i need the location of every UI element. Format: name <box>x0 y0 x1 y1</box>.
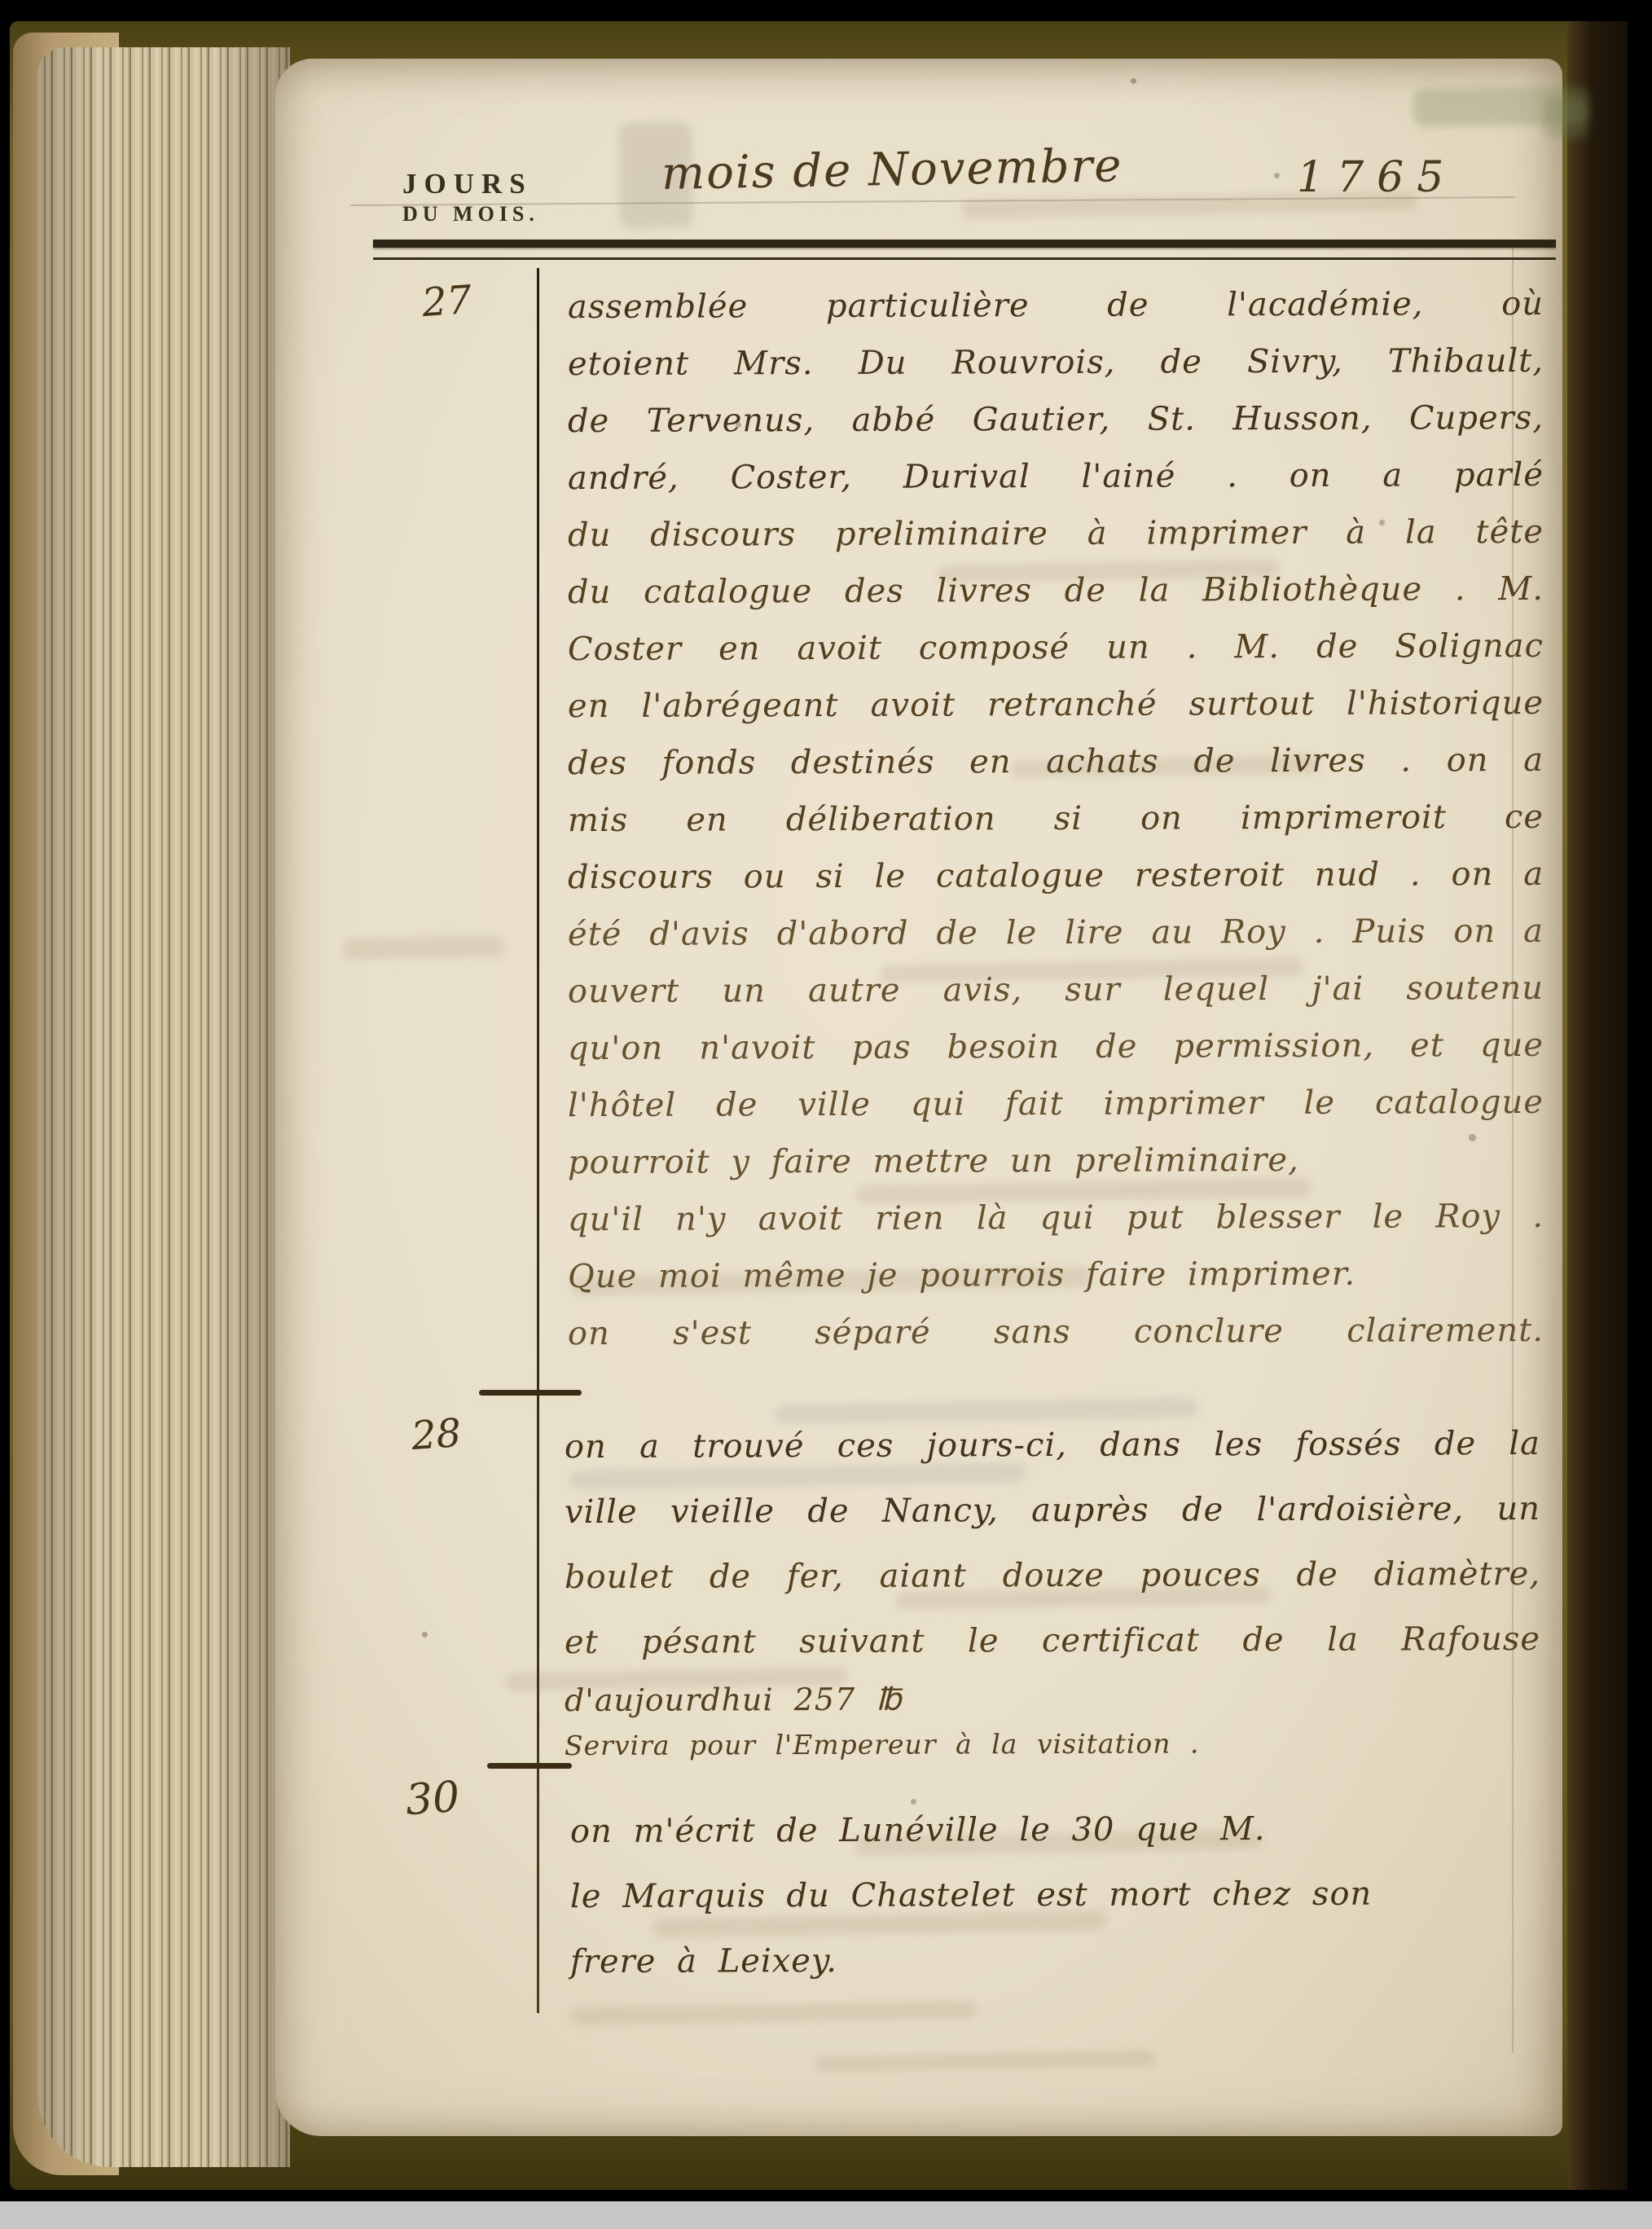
manuscript-line: en l'abrégeant avoit retranché surtout l… <box>568 675 1544 735</box>
manuscript-line: d'aujourdhui 257 ℔ <box>565 1672 1540 1726</box>
day-number-27: 27 <box>420 277 473 326</box>
manuscript-line: Servira pour l'Empereur à la visitation … <box>565 1722 1540 1766</box>
manuscript-line: on s'est séparé sans conclure clairement… <box>568 1302 1544 1362</box>
margin-vertical-rule <box>537 268 539 2013</box>
manuscript-line: qu'il n'y avoit rien là qui put blesser … <box>568 1188 1544 1248</box>
day-number-28: 28 <box>410 1410 463 1459</box>
manuscript-line: pourroit y faire mettre un preliminaire, <box>568 1131 1544 1191</box>
paper-specks <box>0 0 2 2</box>
journal-entry-30: on m'écrit de Lunéville le 30 que M. le … <box>570 1797 1546 1993</box>
manuscript-line: andré, Coster, Durival l'ainé . on a par… <box>568 446 1544 507</box>
journal-entry-27: assemblée particulière de l'académie, où… <box>568 277 1544 1361</box>
printed-header-line1: JOURS <box>402 168 539 200</box>
manuscript-line: on m'écrit de Lunéville le 30 que M. <box>570 1796 1546 1864</box>
day-number-30: 30 <box>404 1773 461 1825</box>
page-stack-shadow <box>37 47 290 2167</box>
handwritten-month-title: mois de Novembre <box>661 139 1123 200</box>
manuscript-line: ouvert un autre avis, sur lequel j'ai so… <box>568 960 1544 1020</box>
manuscript-scan: JOURS DU MOIS. mois de Novembre 1765 27 … <box>0 0 1652 2229</box>
book-cover-right-edge <box>1567 21 1628 2190</box>
manuscript-line: du catalogue des livres de la Bibliothèq… <box>568 561 1544 621</box>
manuscript-line: l'hôtel de ville qui fait imprimer le ca… <box>568 1074 1544 1134</box>
entry-separator-dash <box>479 1390 582 1396</box>
manuscript-line: on a trouvé ces jours-ci, dans les fossé… <box>565 1411 1540 1479</box>
manuscript-line: le Marquis du Chastelet est mort chez so… <box>570 1861 1546 1929</box>
manuscript-line: de Tervenus, abbé Gautier, St. Husson, C… <box>568 389 1544 450</box>
manuscript-line: frere à Leixey. <box>570 1926 1546 1994</box>
handwritten-year: 1765 <box>1297 153 1456 202</box>
manuscript-line: assemblée particulière de l'académie, où <box>568 275 1544 336</box>
bleed-through-mark <box>342 935 505 959</box>
manuscript-line: mis en déliberation si on imprimeroit ce <box>568 789 1544 849</box>
manuscript-line: qu'on n'avoit pas besoin de permission, … <box>568 1017 1544 1077</box>
manuscript-line: été d'avis d'abord de le lire au Roy . P… <box>568 903 1544 963</box>
manuscript-line: discours ou si le catalogue resteroit nu… <box>568 846 1544 906</box>
manuscript-line: ville vieille de Nancy, auprès de l'ardo… <box>565 1476 1540 1545</box>
printed-column-header: JOURS DU MOIS. <box>402 168 539 226</box>
scanner-bottom-bar <box>0 2201 1652 2229</box>
manuscript-line: des fonds destinés en achats de livres .… <box>568 732 1544 792</box>
entry-separator-dash <box>487 1763 572 1769</box>
manuscript-line: et pésant suivant le certificat de la Ra… <box>565 1607 1540 1675</box>
manuscript-line: Que moi même je pourrois faire imprimer. <box>568 1245 1544 1305</box>
manuscript-line: Coster en avoit composé un . M. de Solig… <box>568 618 1544 678</box>
header-rule-thick <box>373 240 1556 248</box>
journal-entry-28: on a trouvé ces jours-ci, dans les fossé… <box>565 1413 1540 1765</box>
manuscript-line: etoient Mrs. Du Rouvrois, de Sivry, Thib… <box>568 332 1544 393</box>
manuscript-line: du discours preliminaire à imprimer à la… <box>568 503 1544 564</box>
manuscript-line: boulet de fer, aiant douze pouces de dia… <box>565 1541 1540 1610</box>
bleed-through-mark <box>1544 98 1589 139</box>
printed-header-line2: DU MOIS. <box>402 202 539 226</box>
header-rule-thin <box>373 257 1556 260</box>
